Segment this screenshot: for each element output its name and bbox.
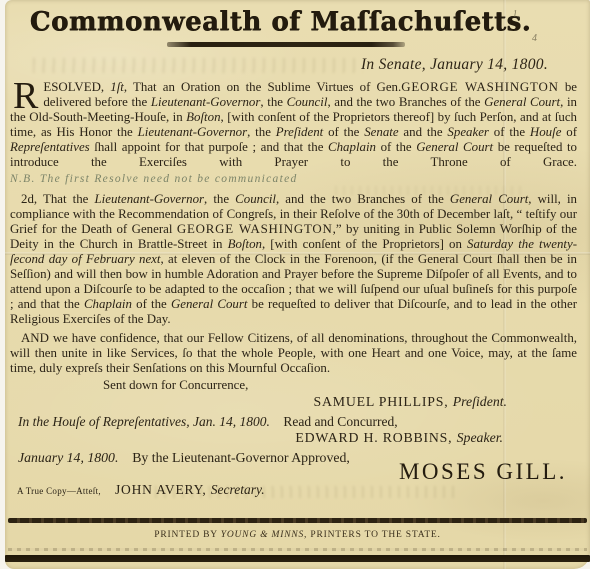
governor-signature: MOSES GILL.: [10, 464, 577, 479]
ink-bleed-smudge: [33, 58, 363, 73]
resolution-paragraph-3: AND we have confidence, that our Fellow …: [10, 331, 577, 376]
concurrence-line: Sent down for Concurrence,: [103, 378, 577, 393]
handwritten-margin-mark: 1,: [513, 9, 521, 20]
true-copy-attest-label: A True Copy—Atteſt,: [17, 484, 101, 499]
printer-imprint-line: PRINTED BY YOUNG & MINNS, PRINTERS TO TH…: [5, 530, 590, 540]
paragraph-text: ESOLVED, 1ſt, That an Oration on the Sub…: [10, 80, 577, 185]
handwritten-margin-mark: 4: [532, 33, 537, 44]
dropcap-initial: R: [10, 80, 43, 109]
resolution-paragraph-1: RESOLVED, 1ſt, That an Oration on the Su…: [10, 80, 577, 187]
speaker-signature: EDWARD H. ROBBINS, Speaker.: [10, 430, 577, 445]
document-body: RESOLVED, 1ſt, That an Oration on the Su…: [10, 80, 577, 499]
title-rule-divider: [167, 42, 405, 47]
senate-dateline: In Senate, January 14, 1800.: [361, 56, 548, 74]
attestation-row: A True Copy—Atteſt, JOHN AVERY, Secretar…: [10, 482, 577, 499]
house-concurrence-line: In the Houſe of Repreſentatives, Jan. 14…: [18, 414, 577, 429]
worn-print-band: [8, 548, 587, 551]
president-signature: SAMUEL PHILLIPS, Preſident.: [10, 394, 577, 409]
document-paper: Commonwealth of Maſſachuſetts. 1, 4 In S…: [5, 0, 590, 569]
footer-rule-divider: [8, 518, 587, 523]
resolution-paragraph-2: 2d, That the Lieutenant-Governor, the Co…: [10, 192, 577, 328]
scan-background: Commonwealth of Maſſachuſetts. 1, 4 In S…: [0, 0, 590, 569]
bottom-border-rule: [5, 555, 590, 562]
secretary-signature: JOHN AVERY, Secretary.: [115, 482, 265, 497]
document-title: Commonwealth of Maſſachuſetts.: [5, 7, 556, 37]
